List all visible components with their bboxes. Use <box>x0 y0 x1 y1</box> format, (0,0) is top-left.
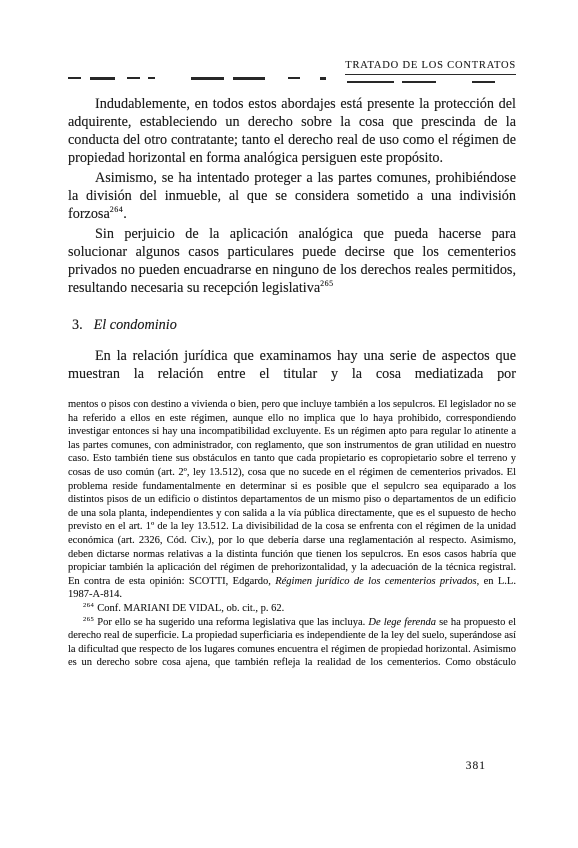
scan-rule-dash <box>127 77 140 79</box>
footnote-reference: 265 <box>320 279 334 288</box>
paragraph: En la relación jurídica que examinamos h… <box>68 347 516 383</box>
scan-rule <box>68 77 516 85</box>
paragraph-text: Indudablemente, en todos estos abordajes… <box>68 96 516 166</box>
footnote-continuation: mentos o pisos con destino a vivienda o … <box>68 398 516 602</box>
scan-rule-dash <box>402 81 436 83</box>
scan-rule-dash <box>288 77 300 79</box>
section-heading: 3.El condominio <box>72 316 516 334</box>
scan-rule-dash <box>233 77 265 80</box>
scan-rule-dash <box>68 77 81 79</box>
footnote-work-title: Régimen jurídico de los cementerios priv… <box>275 576 476 587</box>
footnote-marker: 265 <box>83 616 94 623</box>
scan-rule-dash <box>148 77 155 79</box>
scan-rule-dash <box>90 77 115 80</box>
footnote-reference: 264 <box>110 205 124 214</box>
paragraph: Indudablemente, en todos estos abordajes… <box>68 95 516 167</box>
running-head: TRATADO DE LOS CONTRATOS <box>68 60 516 86</box>
footnote-latin-phrase: De lege ferenda <box>368 617 436 628</box>
footnote-text: Por ello se ha sugerido una reforma legi… <box>97 617 368 628</box>
paragraph-text: . <box>123 206 127 222</box>
section-title: El condominio <box>94 317 177 333</box>
paragraph-text: Sin perjuicio de la aplicación analógica… <box>68 226 516 296</box>
scan-rule-dash <box>347 81 394 83</box>
paragraph-text: En la relación jurídica que examinamos h… <box>68 348 516 382</box>
scan-rule-dash <box>191 77 224 80</box>
section-number: 3. <box>72 317 83 333</box>
page-number: 381 <box>466 760 486 772</box>
paragraph: Asimismo, se ha intentado proteger a las… <box>68 169 516 223</box>
footnote-265: 265Por ello se ha sugerido una reforma l… <box>68 616 516 670</box>
footnote-marker: 264 <box>83 602 94 609</box>
scan-rule-dash <box>320 77 326 80</box>
page-content: TRATADO DE LOS CONTRATOS Indudablemente,… <box>68 60 516 670</box>
body-text: Indudablemente, en todos estos abordajes… <box>68 95 516 383</box>
paragraph: Sin perjuicio de la aplicación analógica… <box>68 225 516 297</box>
book-page: TRATADO DE LOS CONTRATOS Indudablemente,… <box>0 0 578 848</box>
footnote-text: Conf. MARIANI DE VIDAL, ob. cit., p. 62. <box>97 603 284 614</box>
footnote-264: 264Conf. MARIANI DE VIDAL, ob. cit., p. … <box>68 602 516 616</box>
footnote-text: mentos o pisos con destino a vivienda o … <box>68 399 516 587</box>
footnotes-block: mentos o pisos con destino a vivienda o … <box>68 398 516 670</box>
running-header-title: TRATADO DE LOS CONTRATOS <box>345 60 516 75</box>
paragraph-text: Asimismo, se ha intentado proteger a las… <box>68 170 516 222</box>
scan-rule-dash <box>472 81 495 83</box>
